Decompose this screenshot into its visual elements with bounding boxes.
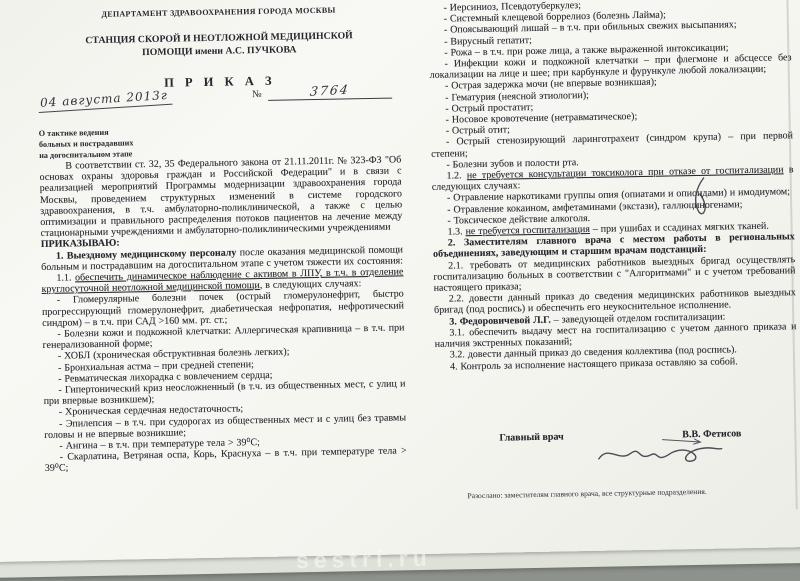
department-name: ДЕПАРТАМЕНТ ЗДРАВООХРАНЕНИЯ ГОРОДА МОСКВ… [49, 5, 389, 20]
order-number: 3764 [309, 82, 351, 99]
subject-block: О тактике ведениябольных и пострадавшихн… [39, 126, 210, 162]
pen-mark-icon [689, 176, 714, 220]
number-label: № [252, 89, 262, 100]
order-number-row: №3764 [252, 82, 402, 101]
signature-icon [594, 431, 725, 471]
watermark: sestri.ru [296, 545, 432, 574]
signature-title: Главный врач [499, 431, 563, 443]
organization-name: СТАНЦИЯ СКОРОЙ И НЕОТЛОЖНОЙ МЕДИЦИНСКОЙ … [49, 29, 389, 61]
distribution-note: Разослано: заместителям главного врача, … [467, 487, 706, 500]
document-header: ДЕПАРТАМЕНТ ЗДРАВООХРАНЕНИЯ ГОРОДА МОСКВ… [49, 5, 390, 93]
left-column: В соответствии ст. 32, 35 Федерального з… [39, 154, 407, 474]
number-line: 3764 [267, 83, 391, 101]
paper: ДЕПАРТАМЕНТ ЗДРАВООХРАНЕНИЯ ГОРОДА МОСКВ… [0, 0, 800, 562]
right-column: - Иерсиниоз, Псевдотуберкулез;- Системны… [428, 0, 797, 373]
paragraph: В соответствии ст. 32, 35 Федерального з… [39, 154, 402, 239]
